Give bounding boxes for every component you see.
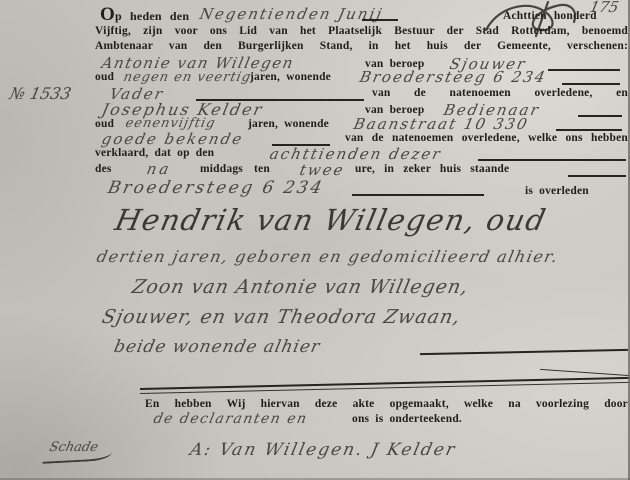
blank-rule: [568, 175, 626, 177]
printed-is-overleden: is overleden: [525, 185, 589, 197]
blank-rule: [478, 159, 626, 161]
blank-rule: [362, 19, 398, 21]
declarant-signatures: A: Van Willegen. J Kelder: [188, 440, 458, 460]
parents-line2: Sjouwer, en van Theodora Zwaan,: [100, 306, 463, 328]
handwritten-page-number: 175: [588, 0, 620, 16]
printed-ure-huis: ure, in zeker huis staande: [355, 163, 509, 175]
handwritten-death-date: achttienden dezer: [268, 145, 444, 163]
printed-preamble-line3: Ambtenaar van den Burgerlijken Stand, in…: [95, 40, 628, 52]
blank-rule: [420, 349, 628, 355]
blank-rule: [562, 83, 620, 85]
signature-flourish: [42, 446, 113, 464]
declarant2-address: Baanstraat 10 330: [352, 115, 530, 133]
deceased-details: dertien jaren, geboren en gedomicilieerd…: [95, 247, 560, 266]
blank-rule: [352, 194, 484, 196]
handwritten-daypart: na: [145, 160, 173, 178]
parents-line1: Zoon van Antonie van Willegen,: [130, 276, 471, 298]
declarant1-age: negen en veertig: [122, 70, 253, 85]
declarant2-age: eenenvijftig: [124, 116, 217, 131]
printed-des: des: [95, 163, 112, 175]
blank-rule: [540, 369, 630, 376]
printed-jaren-wonende-1: jaren, wonende: [250, 71, 331, 83]
printed-oud-1: oud: [95, 71, 114, 83]
printed-middags-ten: middags ten: [200, 163, 270, 175]
printed-jaren-wonende-2: jaren, wonende: [248, 118, 329, 130]
handwritten-act-date: Negentienden Junij: [198, 5, 385, 23]
handwritten-closing-insert: de declaranten en: [152, 411, 309, 427]
act-number: № 1533: [8, 84, 73, 103]
death-record-scan: № 1533 Op heden den Negentienden Junij A…: [0, 0, 630, 480]
parents-line3: beide wonende alhier: [112, 337, 322, 357]
printed-relation-suffix-2: van de natenoemen overledene, welke ons …: [345, 132, 628, 144]
printed-preamble-line2: Vijftig, zijn voor ons Lid van het Plaat…: [95, 25, 628, 37]
handwritten-death-address: Broedersteeg 6 234: [106, 178, 326, 198]
printed-verklaard: verklaard, dat op den: [95, 147, 214, 159]
deceased-name: Hendrik van Willegen, oud: [112, 203, 550, 237]
declarant1-address: Broedersteeg 6 234: [358, 68, 548, 86]
blank-rule: [578, 115, 622, 117]
printed-oud-2: oud: [95, 118, 114, 130]
printed-op-heden-den: Op heden den: [100, 4, 189, 26]
printed-closing-line1: En hebben Wij hiervan deze akte opgemaak…: [145, 398, 628, 410]
printed-closing-line2: ons is onderteekend.: [352, 413, 462, 425]
printed-relation-suffix-1: van de natenoemen overledene, en: [372, 87, 628, 99]
blank-rule: [556, 129, 622, 131]
handwritten-death-hour: twee: [298, 161, 346, 179]
declarant2-relation: goede bekende: [100, 130, 245, 148]
blank-rule: [548, 69, 620, 71]
